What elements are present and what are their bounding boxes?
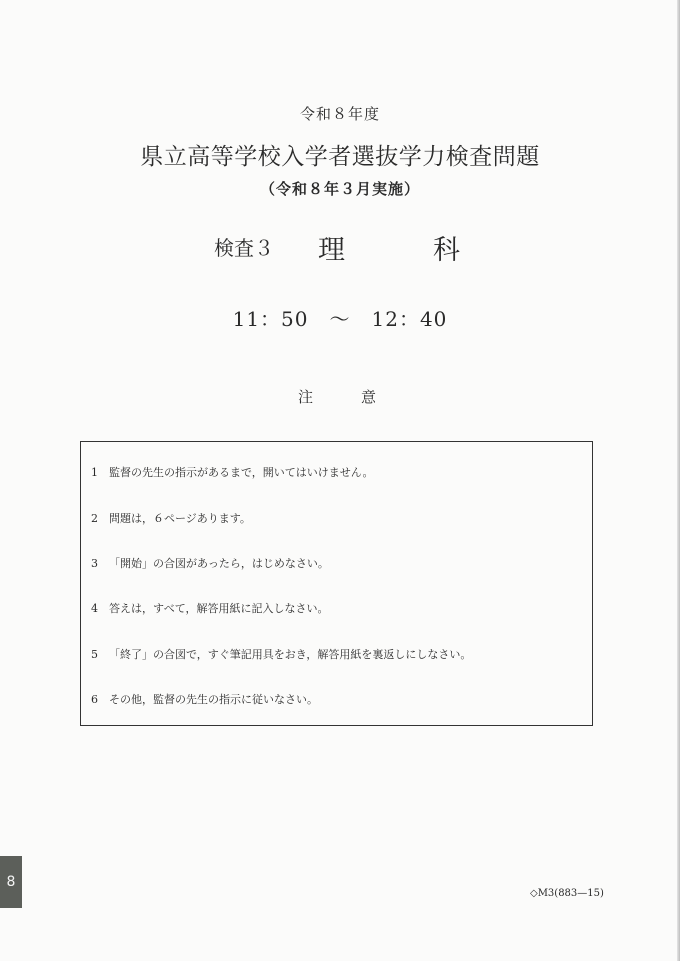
notice-item-number: 2 (91, 512, 109, 525)
exam-time: 11：50 ～ 12：40 (0, 303, 680, 332)
footer-code: ◇M3(883—15) (530, 888, 604, 899)
notice-heading-char-1: 注 (298, 386, 313, 407)
notice-heading-char-2: 意 (361, 386, 376, 407)
notice-item-text: 監督の先生の指示があるまで，開いてはいけません。 (109, 466, 373, 479)
exam-date: （令和８年３月実施） (0, 178, 680, 199)
notice-item-number: 4 (91, 602, 109, 615)
notice-item: 6その他，監督の先生の指示に従いなさい。 (91, 691, 318, 707)
notice-item-text: 答えは，すべて，解答用紙に記入しなさい。 (109, 602, 329, 615)
exam-year: 令和８年度 (0, 103, 680, 124)
notice-heading: 注 意 (0, 386, 680, 408)
notice-item-number: 5 (91, 648, 109, 661)
notice-item: 1監督の先生の指示があるまで，開いてはいけません。 (91, 464, 373, 480)
page-number-tab: 8 (0, 856, 22, 908)
notice-item: 3「開始」の合図があったら，はじめなさい。 (91, 555, 329, 571)
notice-item: 2問題は，６ページあります。 (91, 510, 251, 526)
subject-row: 検査３ 理 科 (0, 228, 680, 268)
exam-label: 検査３ (214, 232, 274, 261)
subject-name-char-2: 科 (433, 228, 460, 267)
notice-box: 1監督の先生の指示があるまで，開いてはいけません。 2問題は，６ページあります。… (80, 441, 593, 726)
notice-item-text: その他，監督の先生の指示に従いなさい。 (109, 693, 318, 706)
notice-item-number: 6 (91, 693, 109, 706)
notice-item-text: 「開始」の合図があったら，はじめなさい。 (109, 557, 329, 570)
notice-item-number: 3 (91, 557, 109, 570)
page-title: 県立高等学校入学者選抜学力検査問題 (0, 138, 680, 171)
subject-name-char-1: 理 (318, 228, 345, 267)
notice-item-number: 1 (91, 466, 109, 479)
notice-item: 4答えは，すべて，解答用紙に記入しなさい。 (91, 600, 329, 616)
notice-item-text: 問題は，６ページあります。 (109, 512, 251, 525)
notice-item: 5「終了」の合図で，すぐ筆記用具をおき，解答用紙を裏返しにしなさい。 (91, 646, 471, 662)
notice-item-text: 「終了」の合図で，すぐ筆記用具をおき，解答用紙を裏返しにしなさい。 (109, 648, 471, 661)
